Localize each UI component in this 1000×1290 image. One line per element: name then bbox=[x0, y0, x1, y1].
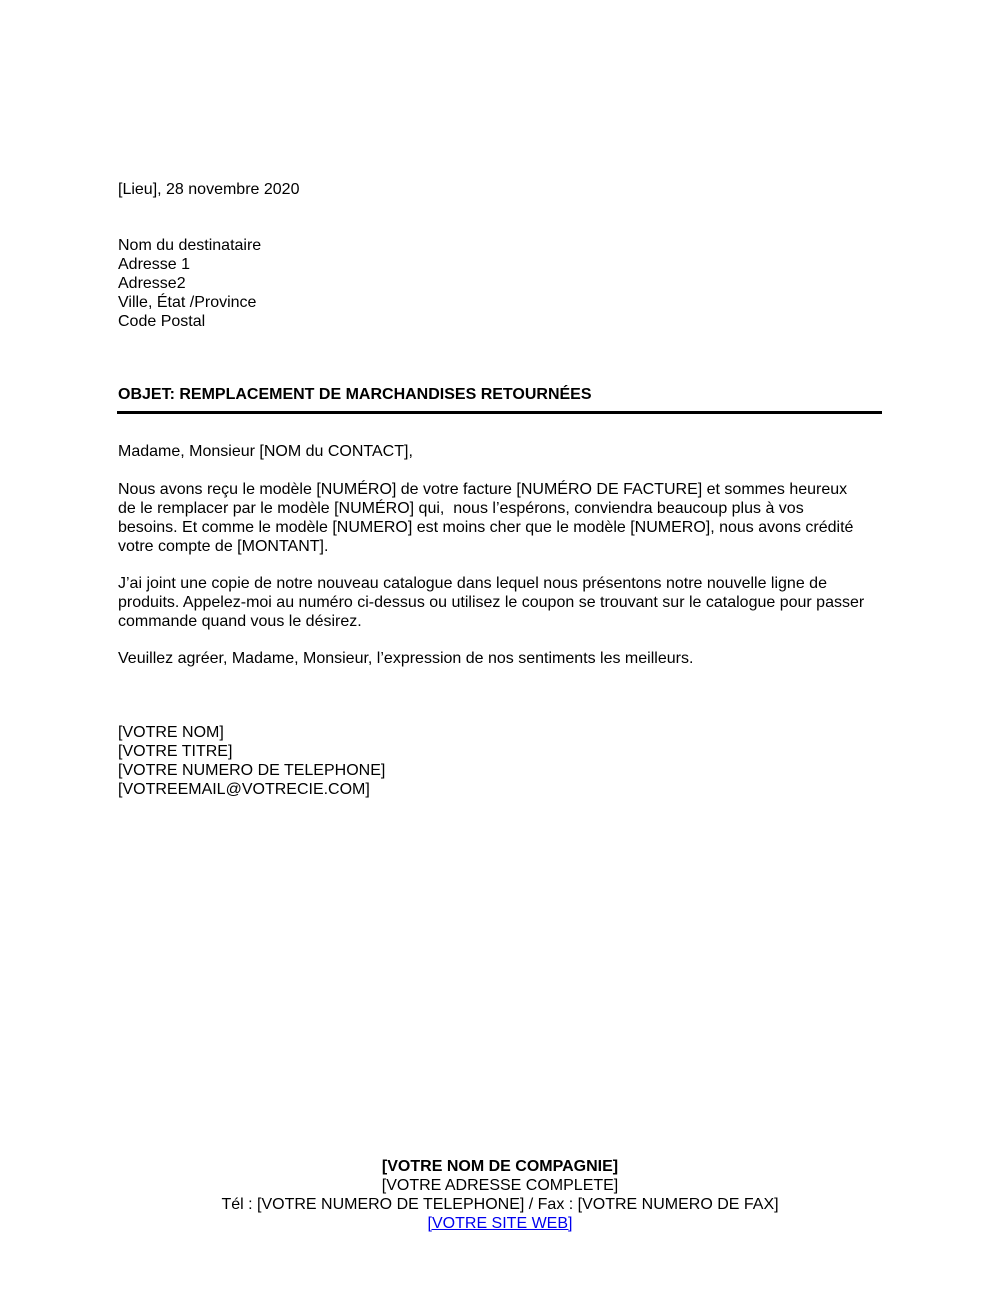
closing: Veuillez agréer, Madame, Monsieur, l’exp… bbox=[118, 649, 883, 668]
subject-divider bbox=[117, 411, 882, 414]
salutation-text: Madame, Monsieur [NOM du CONTACT], bbox=[118, 442, 883, 461]
footer-website-link[interactable]: [VOTRE SITE WEB] bbox=[428, 1215, 573, 1232]
footer-address: [VOTRE ADRESSE COMPLETE] bbox=[0, 1176, 1000, 1195]
paragraph-line: commande quand vous le désirez. bbox=[118, 612, 883, 631]
body-paragraph-1: Nous avons reçu le modèle [NUMÉRO] de vo… bbox=[118, 480, 883, 556]
recipient-address-2: Adresse2 bbox=[118, 274, 883, 293]
footer-contact: Tél : [VOTRE NUMERO DE TELEPHONE] / Fax … bbox=[0, 1195, 1000, 1214]
date-text: [Lieu], 28 novembre 2020 bbox=[118, 180, 883, 199]
recipient-address: Nom du destinataire Adresse 1 Adresse2 V… bbox=[118, 236, 883, 331]
paragraph-line: J’ai joint une copie de notre nouveau ca… bbox=[118, 574, 883, 593]
paragraph-line: produits. Appelez-moi au numéro ci-dessu… bbox=[118, 593, 883, 612]
salutation: Madame, Monsieur [NOM du CONTACT], bbox=[118, 442, 883, 461]
recipient-name: Nom du destinataire bbox=[118, 236, 883, 255]
recipient-address-1: Adresse 1 bbox=[118, 255, 883, 274]
paragraph-line: Nous avons reçu le modèle [NUMÉRO] de vo… bbox=[118, 480, 883, 499]
letter-page: [Lieu], 28 novembre 2020 Nom du destinat… bbox=[0, 0, 1000, 1290]
signature-phone: [VOTRE NUMERO DE TELEPHONE] bbox=[118, 761, 883, 780]
recipient-city-state: Ville, État /Province bbox=[118, 293, 883, 312]
signature-title: [VOTRE TITRE] bbox=[118, 742, 883, 761]
signature-block: [VOTRE NOM] [VOTRE TITRE] [VOTRE NUMERO … bbox=[118, 723, 883, 799]
signature-email: [VOTREEMAIL@VOTRECIE.COM] bbox=[118, 780, 883, 799]
recipient-postal-code: Code Postal bbox=[118, 312, 883, 331]
subject-line: OBJET: REMPLACEMENT DE MARCHANDISES RETO… bbox=[118, 385, 883, 404]
closing-text: Veuillez agréer, Madame, Monsieur, l’exp… bbox=[118, 649, 883, 668]
date-line: [Lieu], 28 novembre 2020 bbox=[118, 180, 883, 199]
signature-name: [VOTRE NOM] bbox=[118, 723, 883, 742]
paragraph-line: votre compte de [MONTANT]. bbox=[118, 537, 883, 556]
paragraph-line: besoins. Et comme le modèle [NUMERO] est… bbox=[118, 518, 883, 537]
body-paragraph-2: J’ai joint une copie de notre nouveau ca… bbox=[118, 574, 883, 631]
paragraph-line: de le remplacer par le modèle [NUMÉRO] q… bbox=[118, 499, 883, 518]
letterhead-footer: [VOTRE NOM DE COMPAGNIE] [VOTRE ADRESSE … bbox=[0, 1157, 1000, 1233]
footer-company-name: [VOTRE NOM DE COMPAGNIE] bbox=[0, 1157, 1000, 1176]
subject-text: OBJET: REMPLACEMENT DE MARCHANDISES RETO… bbox=[118, 385, 883, 404]
